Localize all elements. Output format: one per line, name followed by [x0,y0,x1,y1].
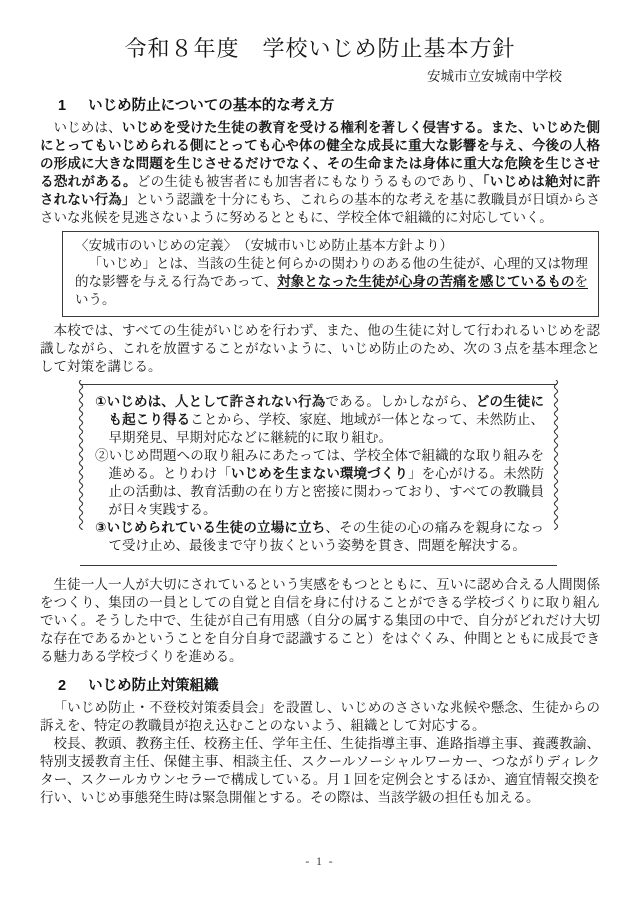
section-1-heading: 1いじめ防止についての基本的な考え方 [40,96,600,116]
principle-item-2: ②いじめ問題への取り組みにあたっては、学校全体で組織的な取り組みを進める。とりわ… [95,447,544,519]
page-number: - 1 - [0,853,640,871]
principle-item-3: ③いじめられている生徒の立場に立ち、その生徒の心の痛みを親身になって受け止め、最… [95,519,544,555]
principles-box: ①いじめは、人として許されない行為である。しかしながら、どの生徒にも起こり得るこ… [80,384,557,566]
section-2-title: いじめ防止対策組織 [88,678,219,694]
definition-box-body: 「いじめ」とは、当該の生徒と何らかの関わりのある他の生徒が、心理的又は物理的な影… [75,255,588,309]
text-run: ①いじめは、人として許されない行為 [95,394,325,409]
definition-box-caption: 〈安城市のいじめの定義〉 （安城市いじめ防止基本方針より） [75,237,588,255]
school-name: 安城市立安城南中学校 [40,68,600,86]
section-1-number: 1 [58,98,66,114]
text-run: いう。 [75,292,116,307]
principle-item-1: ①いじめは、人として許されない行為である。しかしながら、どの生徒にも起こり得るこ… [95,393,544,447]
committee-members-paragraph: 校長、教頭、教務主任、校務主任、学年主任、生徒指導主事、進路指導主事、養護教諭、… [40,735,600,807]
definition-box: 〈安城市のいじめの定義〉 （安城市いじめ防止基本方針より） 「いじめ」とは、当該… [62,231,599,317]
document-page: 令和８年度 学校いじめ防止基本方針 安城市立安城南中学校 1いじめ防止についての… [0,0,640,905]
text-run: ③いじめられている生徒の立場に立ち [95,520,325,535]
text-run: 対象となった生徒が心身の苦痛を感じているもの [277,274,574,289]
text-run: どの生徒も被害者にも加害者にもなりうるものであり、 [137,174,483,189]
section-1-title: いじめ防止についての基本的な考え方 [88,98,334,114]
wavy-border-left-icon [77,380,85,530]
text-run: を [575,274,589,289]
intro-paragraph: いじめは、いじめを受けた生徒の教育を受ける権利を著しく侵害する。また、いじめた側… [40,119,600,227]
committee-paragraph: 「いじめ防止・不登校対策委員会」を設置し、いじめのささいな兆候や懸念、生徒からの… [40,699,600,735]
text-run: である。しかしながら、 [325,394,475,409]
section-2-heading: 2いじめ防止対策組織 [40,676,600,696]
document-title: 令和８年度 学校いじめ防止基本方針 [40,34,600,64]
text-run: いじめは、 [54,120,122,135]
section-2-number: 2 [58,678,66,694]
wavy-border-right-icon [552,380,560,530]
school-vision-paragraph: 生徒一人一人が大切にされているという実感をもつとともに、互いに認め合える人間関係… [40,576,600,666]
text-run: いじめを生まない環境づくり [231,466,408,481]
basic-policy-paragraph: 本校では、すべての生徒がいじめを行わず、また、他の生徒に対して行われるいじめを認… [40,322,600,376]
